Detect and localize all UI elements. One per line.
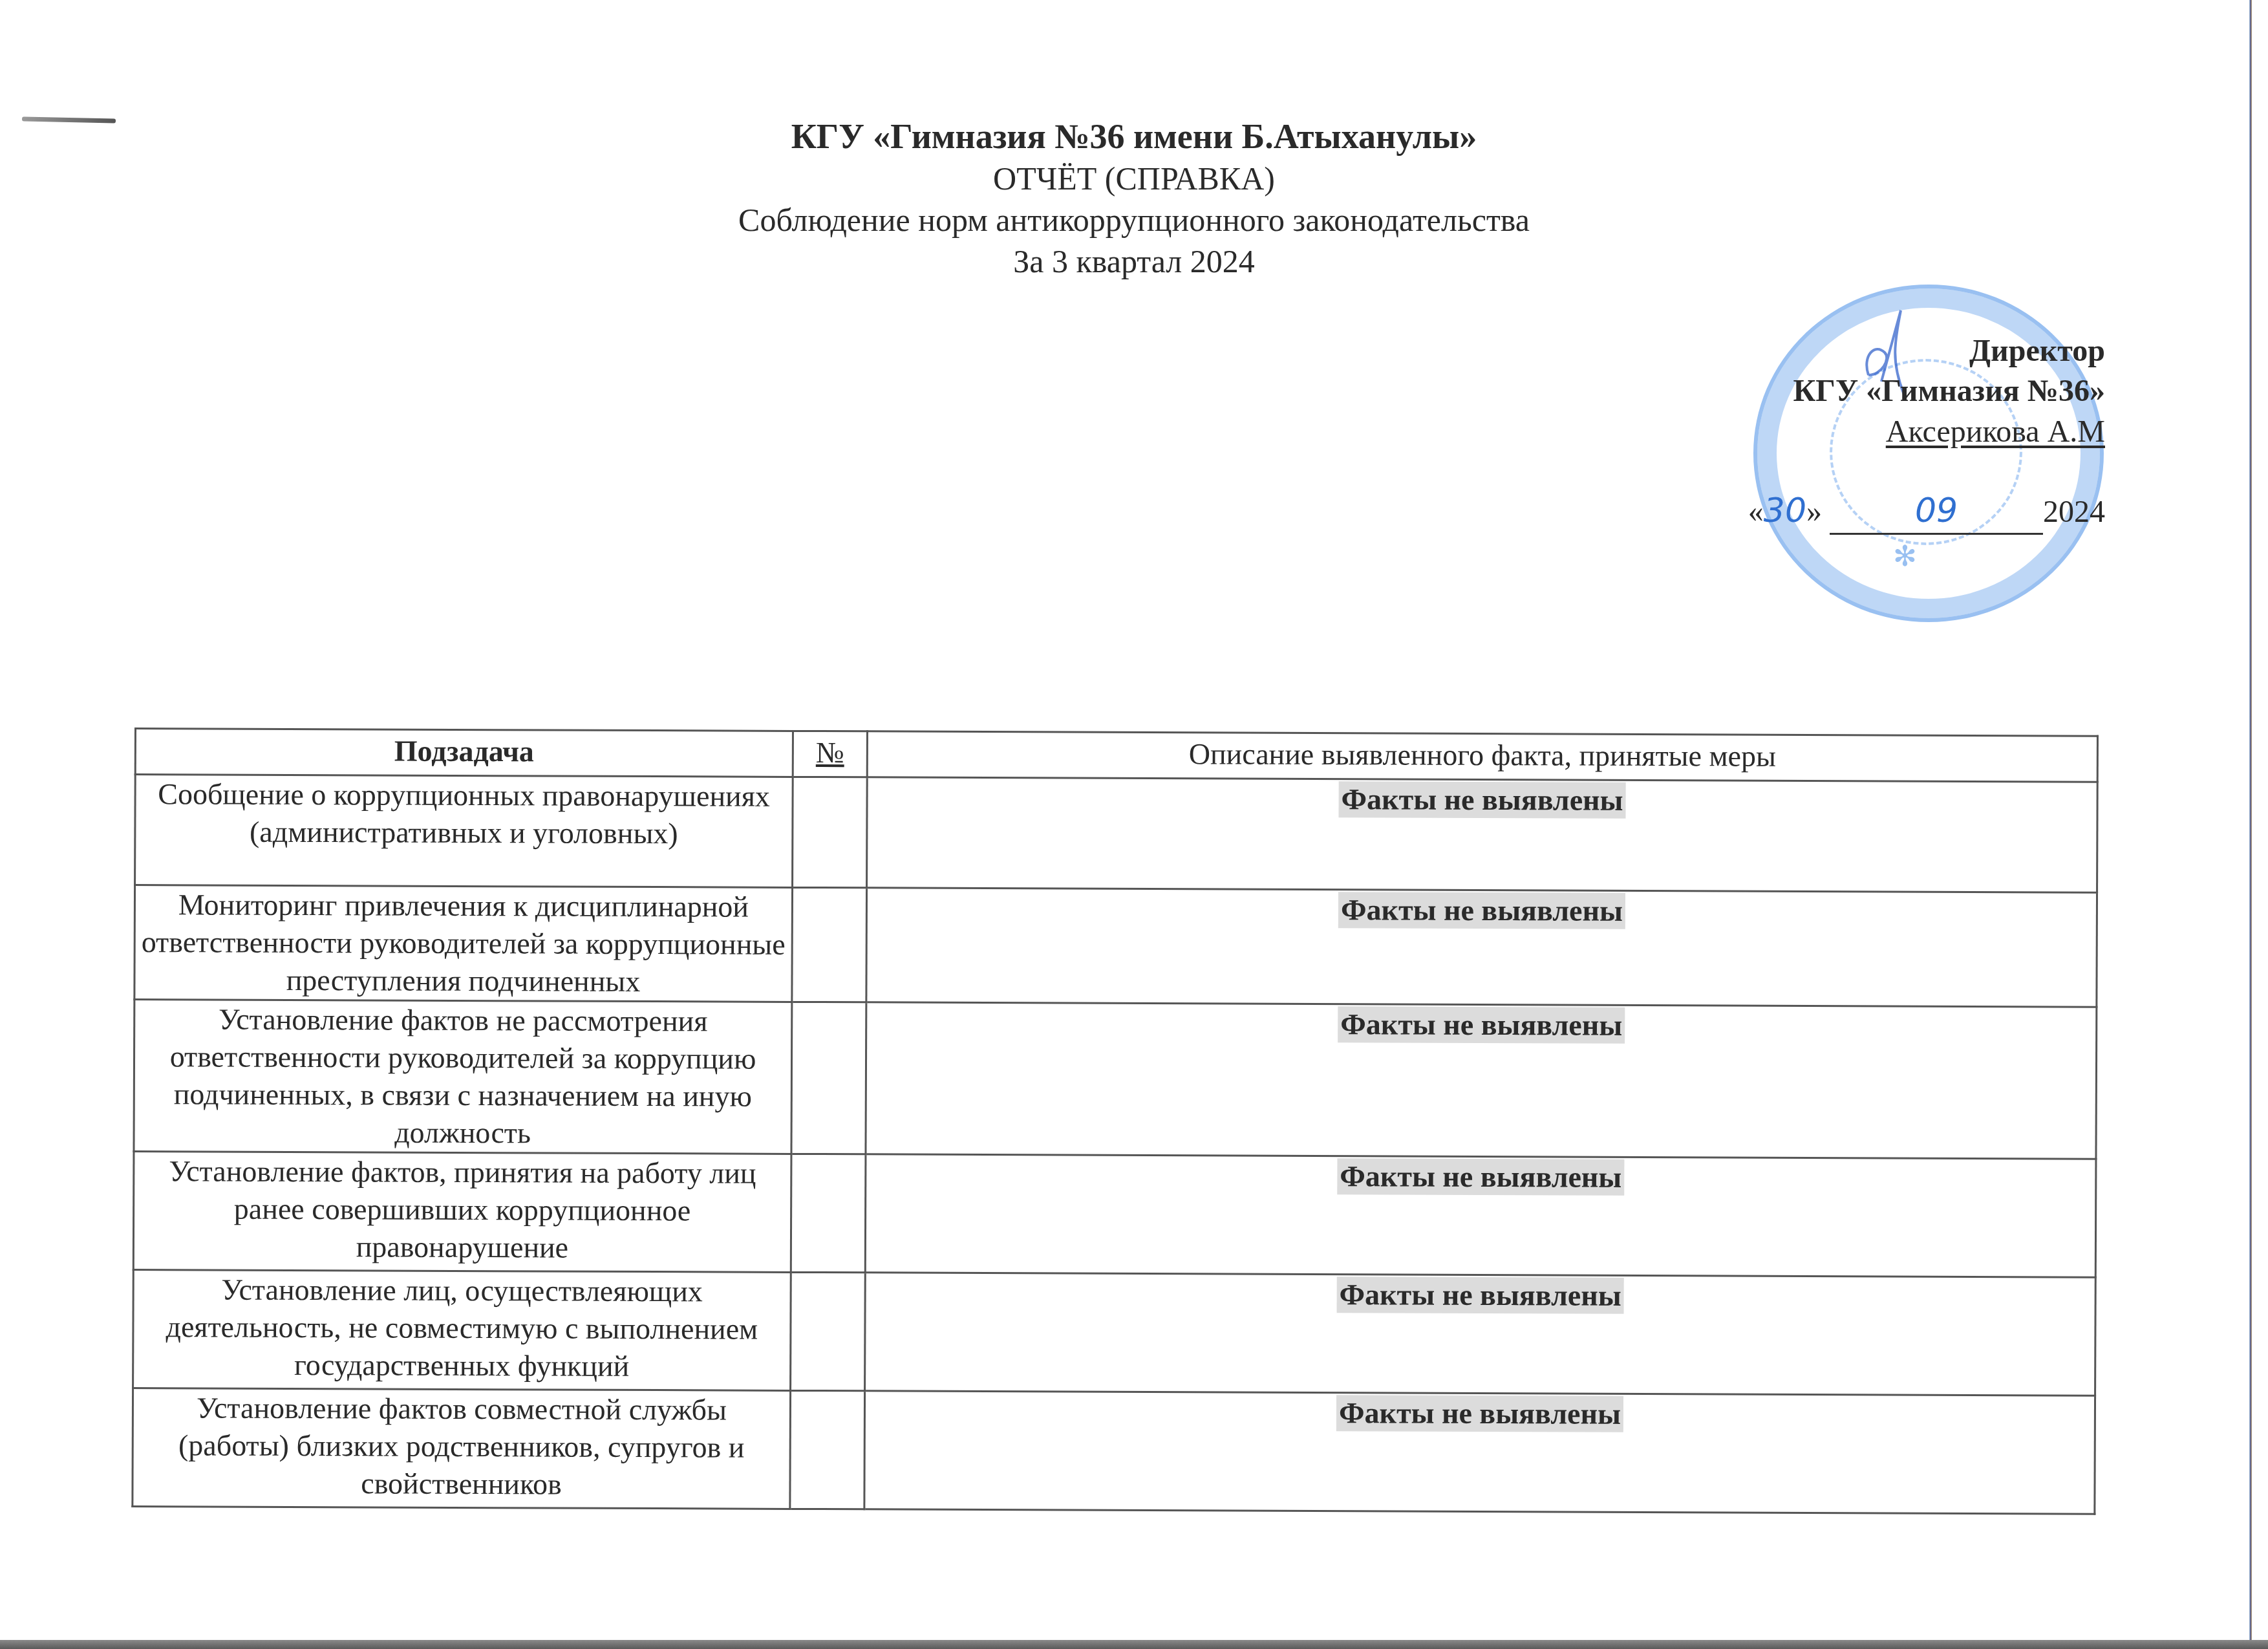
number-cell xyxy=(792,887,867,1002)
table-row: Сообщение о коррупционных правонарушения… xyxy=(135,775,2098,893)
report-period: За 3 квартал 2024 xyxy=(0,241,2268,282)
result-text: Факты не выявлены xyxy=(1338,781,1625,819)
result-text: Факты не выявлены xyxy=(1338,1006,1625,1044)
date-month-field: 09 xyxy=(1830,490,2043,535)
stamp-star-icon: ✻ xyxy=(1893,540,1917,573)
description-cell: Факты не выявлены xyxy=(866,888,2097,1007)
document-type: ОТЧЁТ (СПРАВКА) xyxy=(0,158,2268,199)
date-quote-open: « xyxy=(1748,495,1764,529)
date-month: 09 xyxy=(1915,491,1958,530)
description-cell: Факты не выявлены xyxy=(865,1273,2096,1396)
approval-date: «30» 092024 xyxy=(1748,490,2105,535)
table-header-row: Подзадача № Описание выявленного факта, … xyxy=(135,729,2097,782)
table-row: Установление фактов совместной службы (р… xyxy=(133,1388,2095,1514)
date-quote-close: » xyxy=(1806,495,1822,529)
column-header-description: Описание выявленного факта, принятые мер… xyxy=(867,731,2097,782)
subtask-cell: Установление лиц, осуществлеяющих деятел… xyxy=(133,1269,791,1390)
document-header: КГУ «Гимназия №36 имени Б.Атыханулы» ОТЧ… xyxy=(0,115,2268,282)
number-cell xyxy=(793,777,868,887)
date-year: 2024 xyxy=(2043,495,2105,529)
table-row: Мониторинг привлечения к дисциплинарной … xyxy=(134,885,2097,1008)
approver-name: Аксерикова А.М xyxy=(1748,411,2105,453)
subtask-cell: Мониторинг привлечения к дисциплинарной … xyxy=(134,885,793,1002)
result-text: Факты не выявлены xyxy=(1338,892,1625,929)
scan-edge-artifact xyxy=(2249,0,2252,1640)
date-day: 30 xyxy=(1764,491,1806,530)
result-text: Факты не выявлены xyxy=(1337,1277,1624,1314)
number-cell xyxy=(790,1390,865,1509)
number-cell xyxy=(791,1272,866,1390)
description-cell: Факты не выявлены xyxy=(867,777,2098,892)
subtask-cell: Сообщение о коррупционных правонарушения… xyxy=(135,775,793,888)
description-cell: Факты не выявлены xyxy=(864,1391,2095,1514)
approver-position: Директор xyxy=(1748,331,2105,371)
table-row: Установление лиц, осуществлеяющих деятел… xyxy=(133,1269,2096,1396)
description-cell: Факты не выявлены xyxy=(866,1002,2097,1159)
approver-organization: КГУ «Гимназия №36» xyxy=(1748,371,2105,411)
report-table: Подзадача № Описание выявленного факта, … xyxy=(131,727,2099,1515)
result-text: Факты не выявлены xyxy=(1336,1395,1623,1432)
subtask-cell: Установление фактов, принятия на работу … xyxy=(133,1152,791,1273)
organization-title: КГУ «Гимназия №36 имени Б.Атыханулы» xyxy=(0,115,2268,158)
number-cell xyxy=(791,1002,866,1154)
subtask-cell: Установление фактов не рассмотрения отве… xyxy=(134,1000,792,1154)
number-cell xyxy=(791,1154,866,1272)
document-subject: Соблюдение норм антикоррупционного закон… xyxy=(0,199,2268,241)
column-header-number: № xyxy=(793,731,867,777)
column-header-subtask: Подзадача xyxy=(135,729,793,777)
table-row: Установление фактов не рассмотрения отве… xyxy=(134,1000,2097,1159)
table-row: Установление фактов, принятия на работу … xyxy=(133,1152,2096,1278)
approval-block: Директор КГУ «Гимназия №36» Аксерикова А… xyxy=(1748,331,2105,535)
description-cell: Факты не выявлены xyxy=(865,1154,2096,1277)
subtask-cell: Установление фактов совместной службы (р… xyxy=(133,1388,791,1509)
result-text: Факты не выявлены xyxy=(1337,1158,1624,1196)
scan-bottom-band xyxy=(0,1640,2268,1649)
